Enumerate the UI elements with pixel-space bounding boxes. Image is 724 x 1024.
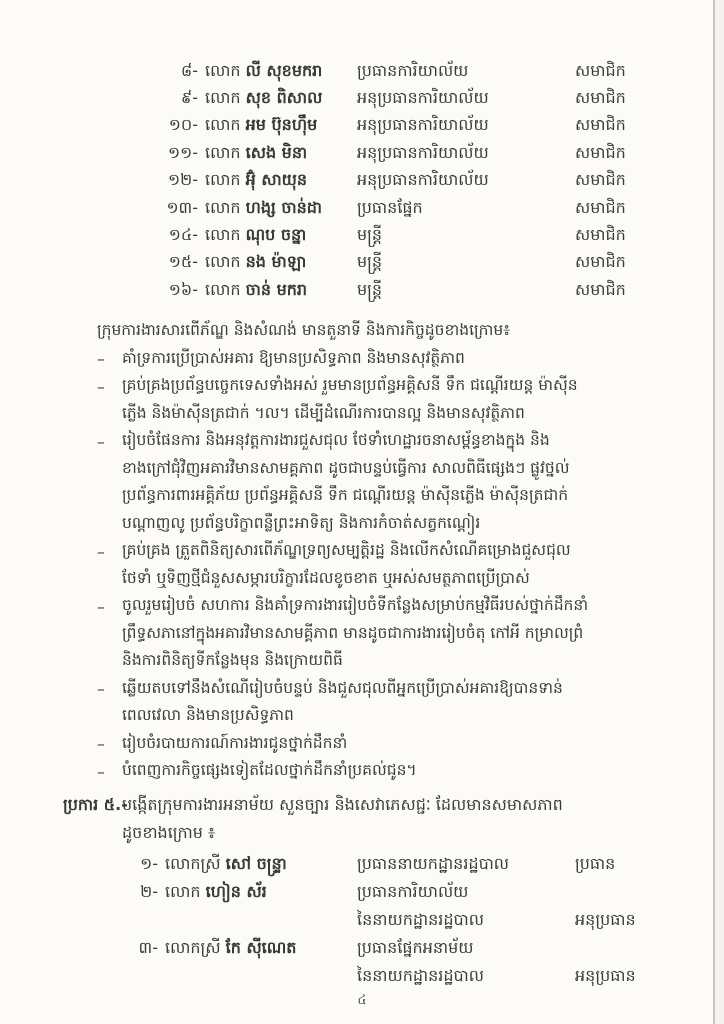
member-role: សមាជិក (575, 279, 666, 303)
duty-line: បណ្ដាញលូ ប្រព័ន្ធបរិក្ខាពន្លឺព្រះអាទិត្យ… (122, 511, 664, 539)
member-position: ប្រធានផ្នែក (357, 197, 575, 221)
member-name: លោក ហៀន ស័រ (158, 878, 357, 906)
article5-title-line: ដូចខាងក្រោម ៖ (122, 820, 666, 848)
member-title: លោកស្រី (165, 938, 221, 957)
member-row: ១១- លោក សេង មិនា អនុប្រធានការិយាល័យ សមាជ… (150, 140, 666, 167)
member-title: លោក (205, 252, 241, 271)
duty-line: គ្រប់គ្រង ត្រួតពិនិត្យសារពើភ័ណ្ឌទ្រព្យសម… (122, 538, 664, 566)
duty-line: បំពេញការកិច្ចផ្សេងទៀតដែលថ្នាក់ដឹកនាំប្រគ… (122, 758, 664, 786)
member-position: អនុប្រធានការិយាល័យ (357, 169, 575, 193)
member-number: ១៣- (150, 197, 198, 221)
scan-shadow (715, 0, 724, 1024)
member-position: មន្ត្រី (357, 224, 575, 248)
member-title: លោក (165, 882, 201, 901)
bullet-dash: – (97, 428, 122, 456)
duties-intro: ក្រុមការងារសារពើភ័ណ្ឌ និងសំណង់ មានតួនាទី… (97, 318, 664, 346)
member-number: ១០- (150, 114, 198, 138)
member-position-line: នៃនាយកដ្ឋានរដ្ឋបាល (357, 906, 575, 934)
duty-item: – រៀបចំរបាយការណ៍ការងារជូនថ្នាក់ដឹកនាំ (97, 731, 664, 759)
duty-item: – ឆ្លើយតបទៅនឹងសំណើរៀបចំបន្ទប់ និងជួសជុលព… (97, 676, 664, 731)
member-title: លោក (205, 280, 241, 299)
article5-label: ប្រការ ៥.- (63, 792, 128, 820)
member-position-line: ប្រធានផ្នែកអនាម័យ (357, 934, 575, 962)
member-position: អនុប្រធានការិយាល័យ (357, 142, 575, 166)
bullet-dash: – (97, 538, 122, 566)
member-title: លោកស្រី (165, 854, 221, 873)
member-name: លោកស្រី កែ ស៊ីណេត (158, 934, 357, 962)
member-title: លោក (205, 115, 241, 134)
duty-item: – គាំទ្រការប្រើប្រាស់អគារ ឱ្យមានប្រសិទ្ធ… (97, 346, 664, 374)
duty-line: ប្រព័ន្ធការពារអគ្គិភ័យ ប្រព័ន្ធអគ្គិសនី … (122, 483, 664, 511)
member-name: លោក សេង មិនា (198, 142, 357, 166)
member-position: ប្រធានការិយាល័យ (357, 60, 575, 84)
member-title: លោក (205, 143, 241, 162)
member-name: លោក លី សុខមករា (198, 60, 357, 84)
member-position: ប្រធាននាយកដ្ឋានរដ្ឋបាល (357, 850, 575, 878)
duty-item: – គ្រប់គ្រង ត្រួតពិនិត្យសារពើភ័ណ្ឌទ្រព្យ… (97, 538, 664, 593)
document-page: ៨- លោក លី សុខមករា ប្រធានការិយាល័យ សមាជិក… (0, 0, 724, 1024)
duty-line: ព្រឹទ្ធសភានៅក្នុងអគារវិមានសាមគ្គីភាព មាន… (122, 621, 664, 649)
member-title: លោក (205, 61, 241, 80)
duty-item: – រៀបចំផែនការ និងអនុវត្តការងារជួសជុល ថែទ… (97, 428, 664, 538)
article5-title-line: បង្កើតក្រុមការងារអនាម័យ សួនច្បារ និងសេវា… (122, 792, 666, 820)
member-position: មន្ត្រី (357, 251, 575, 275)
duty-line: ភ្លើង និងម៉ាស៊ីនត្រជាក់ ។ល។ ដើម្បីដំណើរក… (122, 401, 664, 429)
member-number: ១- (63, 850, 158, 878)
member-given-name: លី សុខមករា (246, 61, 323, 80)
duty-line: រៀបចំផែនការ និងអនុវត្តការងារជួសជុល ថែទាំ… (122, 428, 664, 456)
duty-line: ឆ្លើយតបទៅនឹងសំណើរៀបចំបន្ទប់ និងជួសជុលពីអ… (122, 676, 664, 704)
bullet-dash: – (97, 373, 122, 401)
duty-line: ពេលវេលា និងមានប្រសិទ្ធភាព (122, 703, 664, 731)
member-given-name: ហៀន ស័រ (206, 882, 267, 901)
member-position: អនុប្រធានការិយាល័យ (357, 87, 575, 111)
member-name: លោក នង ម៉ាឡា (198, 251, 357, 275)
member-role: សមាជិក (575, 87, 666, 111)
bullet-dash: – (97, 346, 122, 374)
member-role: សមាជិក (575, 114, 666, 138)
article5-row: ១- លោកស្រី សៅ ចន្ទ្រា ប្រធាននាយកដ្ឋានរដ្… (63, 850, 666, 878)
member-name: លោក ចាន់ មករា (198, 279, 357, 303)
article5-row: ២- លោក ហៀន ស័រ ប្រធានការិយាល័យ នៃនាយកដ្ឋ… (63, 878, 666, 934)
member-name: លោក អ៊ុំ សាយុន (198, 169, 357, 193)
page-number: ៤ (0, 992, 724, 1011)
member-row: ១០- លោក អម ប៊ុនហ៊ឹម អនុប្រធានការិយាល័យ ស… (150, 113, 666, 140)
member-title: លោក (205, 198, 241, 217)
member-row: ១២- លោក អ៊ុំ សាយុន អនុប្រធានការិយាល័យ សម… (150, 168, 666, 195)
member-position: ប្រធានផ្នែកអនាម័យ នៃនាយកដ្ឋានរដ្ឋបាល (357, 934, 575, 990)
member-row: ១៣- លោក ហង្ស ចាន់ដា ប្រធានផ្នែក សមាជិក (150, 195, 666, 222)
bullet-dash: – (97, 731, 122, 759)
member-row: ១៤- លោក ណុប ចន្នា មន្ត្រី សមាជិក (150, 222, 666, 249)
article5-title: បង្កើតក្រុមការងារអនាម័យ សួនច្បារ និងសេវា… (122, 792, 666, 848)
member-role: ប្រធាន (575, 850, 666, 878)
member-row: ៩- លោក សុខ ពិសាល អនុប្រធានការិយាល័យ សមាជ… (150, 85, 666, 112)
scan-edge-line (713, 0, 715, 1024)
member-number: ១៤- (150, 224, 198, 248)
member-role: សមាជិក (575, 224, 666, 248)
article5-row: ៣- លោកស្រី កែ ស៊ីណេត ប្រធានផ្នែកអនាម័យ ន… (63, 934, 666, 990)
member-number: ១២- (150, 169, 198, 193)
member-role: សមាជិក (575, 142, 666, 166)
member-title: លោក (205, 88, 241, 107)
member-given-name: នង ម៉ាឡា (246, 252, 307, 271)
bullet-dash: – (97, 593, 122, 621)
member-position-line: ប្រធាននាយកដ្ឋានរដ្ឋបាល (357, 850, 575, 878)
duty-line: ចូលរួមរៀបចំ សហការ និងគាំទ្រការងាររៀបចំទី… (122, 593, 664, 621)
member-given-name: កែ ស៊ីណេត (226, 938, 297, 957)
member-given-name: សៅ ចន្ទ្រា (226, 854, 287, 873)
member-role: សមាជិក (575, 251, 666, 275)
member-name: លោកស្រី សៅ ចន្ទ្រា (158, 850, 357, 878)
member-number: ១១- (150, 142, 198, 166)
member-number: ១៦- (150, 279, 198, 303)
duty-line: រៀបចំរបាយការណ៍ការងារជូនថ្នាក់ដឹកនាំ (122, 731, 664, 759)
member-position: ប្រធានការិយាល័យ នៃនាយកដ្ឋានរដ្ឋបាល (357, 878, 575, 934)
member-given-name: សេង មិនា (246, 143, 307, 162)
member-given-name: ហង្ស ចាន់ដា (246, 198, 322, 217)
member-title: លោក (205, 170, 241, 189)
member-role: អនុប្រធាន (575, 906, 666, 934)
member-number: ២- (63, 878, 158, 906)
duty-item: – ចូលរួមរៀបចំ សហការ និងគាំទ្រការងាររៀបចំ… (97, 593, 664, 676)
member-role: សមាជិក (575, 169, 666, 193)
duty-item: – គ្រប់គ្រងប្រព័ន្ធបច្ចេកទេសទាំងអស់ រួមម… (97, 373, 664, 428)
member-name: លោក ហង្ស ចាន់ដា (198, 197, 357, 221)
member-row: ១៥- លោក នង ម៉ាឡា មន្ត្រី សមាជិក (150, 250, 666, 277)
duty-line: និងការពិនិត្យទីកន្លែងមុន និងក្រោយពិធី (122, 648, 664, 676)
duties-section: ក្រុមការងារសារពើភ័ណ្ឌ និងសំណង់ មានតួនាទី… (97, 318, 664, 786)
member-position: មន្ត្រី (357, 279, 575, 303)
member-role: សមាជិក (575, 197, 666, 221)
article5-section: ប្រការ ៥.- បង្កើតក្រុមការងារអនាម័យ សួនច្… (63, 792, 666, 990)
member-row: ១៦- លោក ចាន់ មករា មន្ត្រី សមាជិក (150, 277, 666, 304)
member-given-name: សុខ ពិសាល (246, 88, 323, 107)
member-name: លោក អម ប៊ុនហ៊ឹម (198, 114, 357, 138)
bullet-dash: – (97, 676, 122, 704)
duty-line: គ្រប់គ្រងប្រព័ន្ធបច្ចេកទេសទាំងអស់ រួមមាន… (122, 373, 664, 401)
member-given-name: អម ប៊ុនហ៊ឹម (246, 115, 318, 134)
member-title: លោក (205, 225, 241, 244)
member-number: ១៥- (150, 251, 198, 275)
member-position-line: ប្រធានការិយាល័យ (357, 878, 575, 906)
duty-line: គាំទ្រការប្រើប្រាស់អគារ ឱ្យមានប្រសិទ្ធភា… (122, 346, 664, 374)
article5-rows: ១- លោកស្រី សៅ ចន្ទ្រា ប្រធាននាយកដ្ឋានរដ្… (63, 850, 666, 990)
member-name: លោក ណុប ចន្នា (198, 224, 357, 248)
member-role: អនុប្រធាន (575, 962, 666, 990)
duty-line: ខាងក្រៅជុំវិញអគារវិមានសាមគ្គភាព ដូចជាបន្… (122, 456, 664, 484)
member-row: ៨- លោក លី សុខមករា ប្រធានការិយាល័យ សមាជិក (150, 58, 666, 85)
member-given-name: ចាន់ មករា (246, 280, 307, 299)
member-role: សមាជិក (575, 60, 666, 84)
member-position-line: នៃនាយកដ្ឋានរដ្ឋបាល (357, 962, 575, 990)
member-number: ៨- (150, 60, 198, 84)
member-name: លោក សុខ ពិសាល (198, 87, 357, 111)
members-table: ៨- លោក លី សុខមករា ប្រធានការិយាល័យ សមាជិក… (150, 58, 666, 305)
member-number: ៣- (63, 934, 158, 962)
member-position: អនុប្រធានការិយាល័យ (357, 114, 575, 138)
member-number: ៩- (150, 87, 198, 111)
duty-item: – បំពេញការកិច្ចផ្សេងទៀតដែលថ្នាក់ដឹកនាំប្… (97, 758, 664, 786)
member-given-name: ណុប ចន្នា (246, 225, 307, 244)
bullet-dash: – (97, 758, 122, 786)
duty-line: ថែទាំ ឬទិញថ្មីជំនួសសម្ភារបរិក្ខារដែលខូចខ… (122, 566, 664, 594)
member-given-name: អ៊ុំ សាយុន (246, 170, 307, 189)
